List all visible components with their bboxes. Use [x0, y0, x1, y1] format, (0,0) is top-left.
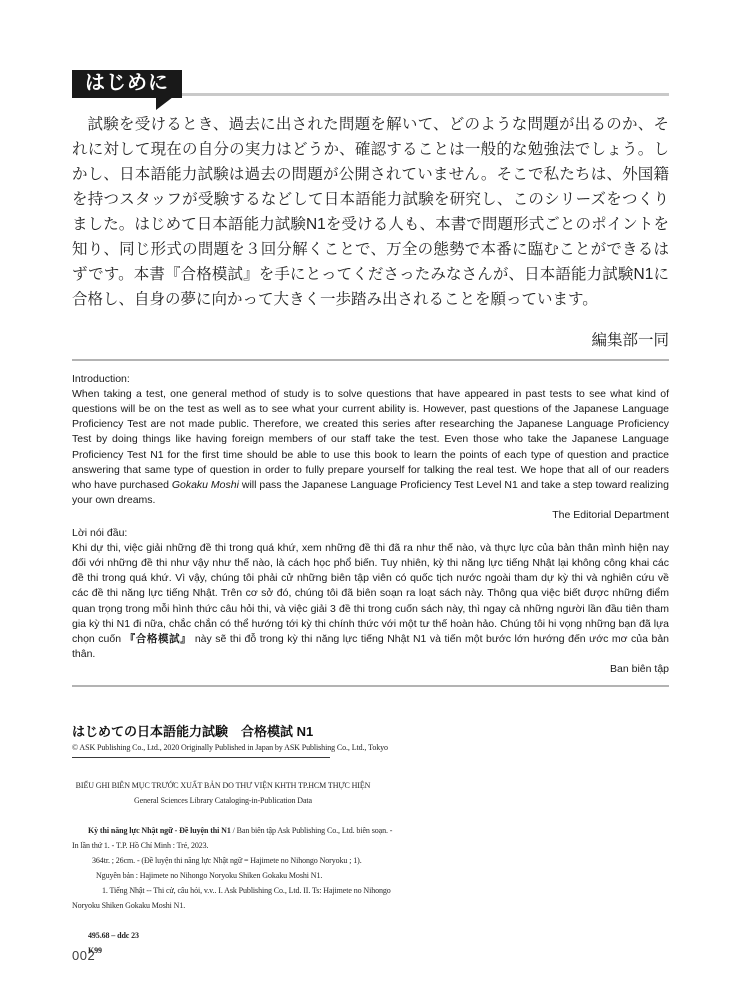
copyright-rule: [72, 757, 330, 758]
section-title-box: はじめに: [72, 70, 182, 98]
intro-english: Introduction: When taking a test, one ge…: [72, 372, 669, 524]
cataloging-subject-line2: Noryoku Shiken Gokaku Moshi N1.: [72, 898, 374, 913]
intro-japanese-body: 試験を受けるとき、過去に出された問題を解いて、どのような問題が出るのか、それに対…: [72, 112, 669, 312]
book-title: はじめての日本語能力試験 合格模試 N1: [72, 721, 669, 740]
colophon: はじめての日本語能力試験 合格模試 N1 © ASK Publishing Co…: [72, 721, 669, 758]
intro-english-body: When taking a test, one general method o…: [72, 387, 669, 509]
cataloging-header-vi: BIỂU GHI BIÊN MỤC TRƯỚC XUẤT BẢN DO THƯ …: [72, 778, 374, 793]
cataloging-spacer-2: [72, 913, 374, 928]
page-content: はじめに 試験を受けるとき、過去に出された問題を解いて、どのような問題が出るのか…: [72, 70, 669, 958]
intro-japanese-signature: 編集部一同: [72, 328, 669, 353]
intro-english-book-title: Gokaku Moshi: [172, 479, 239, 491]
section-divider-bottom: [72, 685, 669, 687]
intro-vietnamese-book-title: 『合格模試』: [125, 633, 192, 645]
section-header: はじめに: [72, 70, 669, 98]
copyright-line: © ASK Publishing Co., Ltd., 2020 Origina…: [72, 743, 669, 752]
section-divider-top: [72, 359, 669, 361]
cataloging-block: BIỂU GHI BIÊN MỤC TRƯỚC XUẤT BẢN DO THƯ …: [72, 778, 374, 958]
cataloging-ddc: 495.68 – ddc 23: [72, 928, 374, 943]
cataloging-entry-statement: / Ban biên tập Ask Publishing Co., Ltd. …: [231, 826, 393, 835]
cataloging-entry-title: Kỳ thi năng lực Nhật ngữ - Đề luyện thi …: [88, 826, 231, 835]
cataloging-entry-line: Kỳ thi năng lực Nhật ngữ - Đề luyện thi …: [72, 823, 374, 838]
cataloging-edition: In lần thứ 1. - T.P. Hồ Chí Minh : Trẻ, …: [72, 838, 374, 853]
cataloging-call-number: K99: [72, 943, 374, 958]
cataloging-header-en: General Sciences Library Cataloging-in-P…: [72, 793, 374, 808]
intro-vietnamese-body: Khi dự thi, việc giải những đề thi trong…: [72, 541, 669, 663]
intro-vietnamese-heading: Lời nói đầu:: [72, 526, 669, 541]
intro-english-heading: Introduction:: [72, 372, 669, 387]
speech-bubble-tail: [156, 97, 173, 110]
cataloging-physical: 364tr. ; 26cm. - (Đề luyện thi năng lực …: [72, 853, 374, 868]
book-page: はじめに 試験を受けるとき、過去に出された問題を解いて、どのような問題が出るのか…: [0, 0, 729, 1005]
intro-vietnamese: Lời nói đầu: Khi dự thi, việc giải những…: [72, 526, 669, 678]
title-rule: [182, 93, 669, 96]
section-title: はじめに: [85, 72, 169, 94]
intro-english-body-before: When taking a test, one general method o…: [72, 388, 669, 491]
cataloging-subject-line1: 1. Tiếng Nhật -- Thi cử, câu hỏi, v.v.. …: [72, 883, 374, 898]
page-number: 002: [72, 948, 95, 963]
cataloging-original-title: Nguyên bản : Hajimete no Nihongo Noryoku…: [72, 868, 374, 883]
intro-vietnamese-signature: Ban biên tập: [72, 662, 669, 677]
intro-english-signature: The Editorial Department: [72, 508, 669, 523]
cataloging-spacer: [72, 808, 374, 823]
intro-vietnamese-body-before: Khi dự thi, việc giải những đề thi trong…: [72, 542, 669, 645]
